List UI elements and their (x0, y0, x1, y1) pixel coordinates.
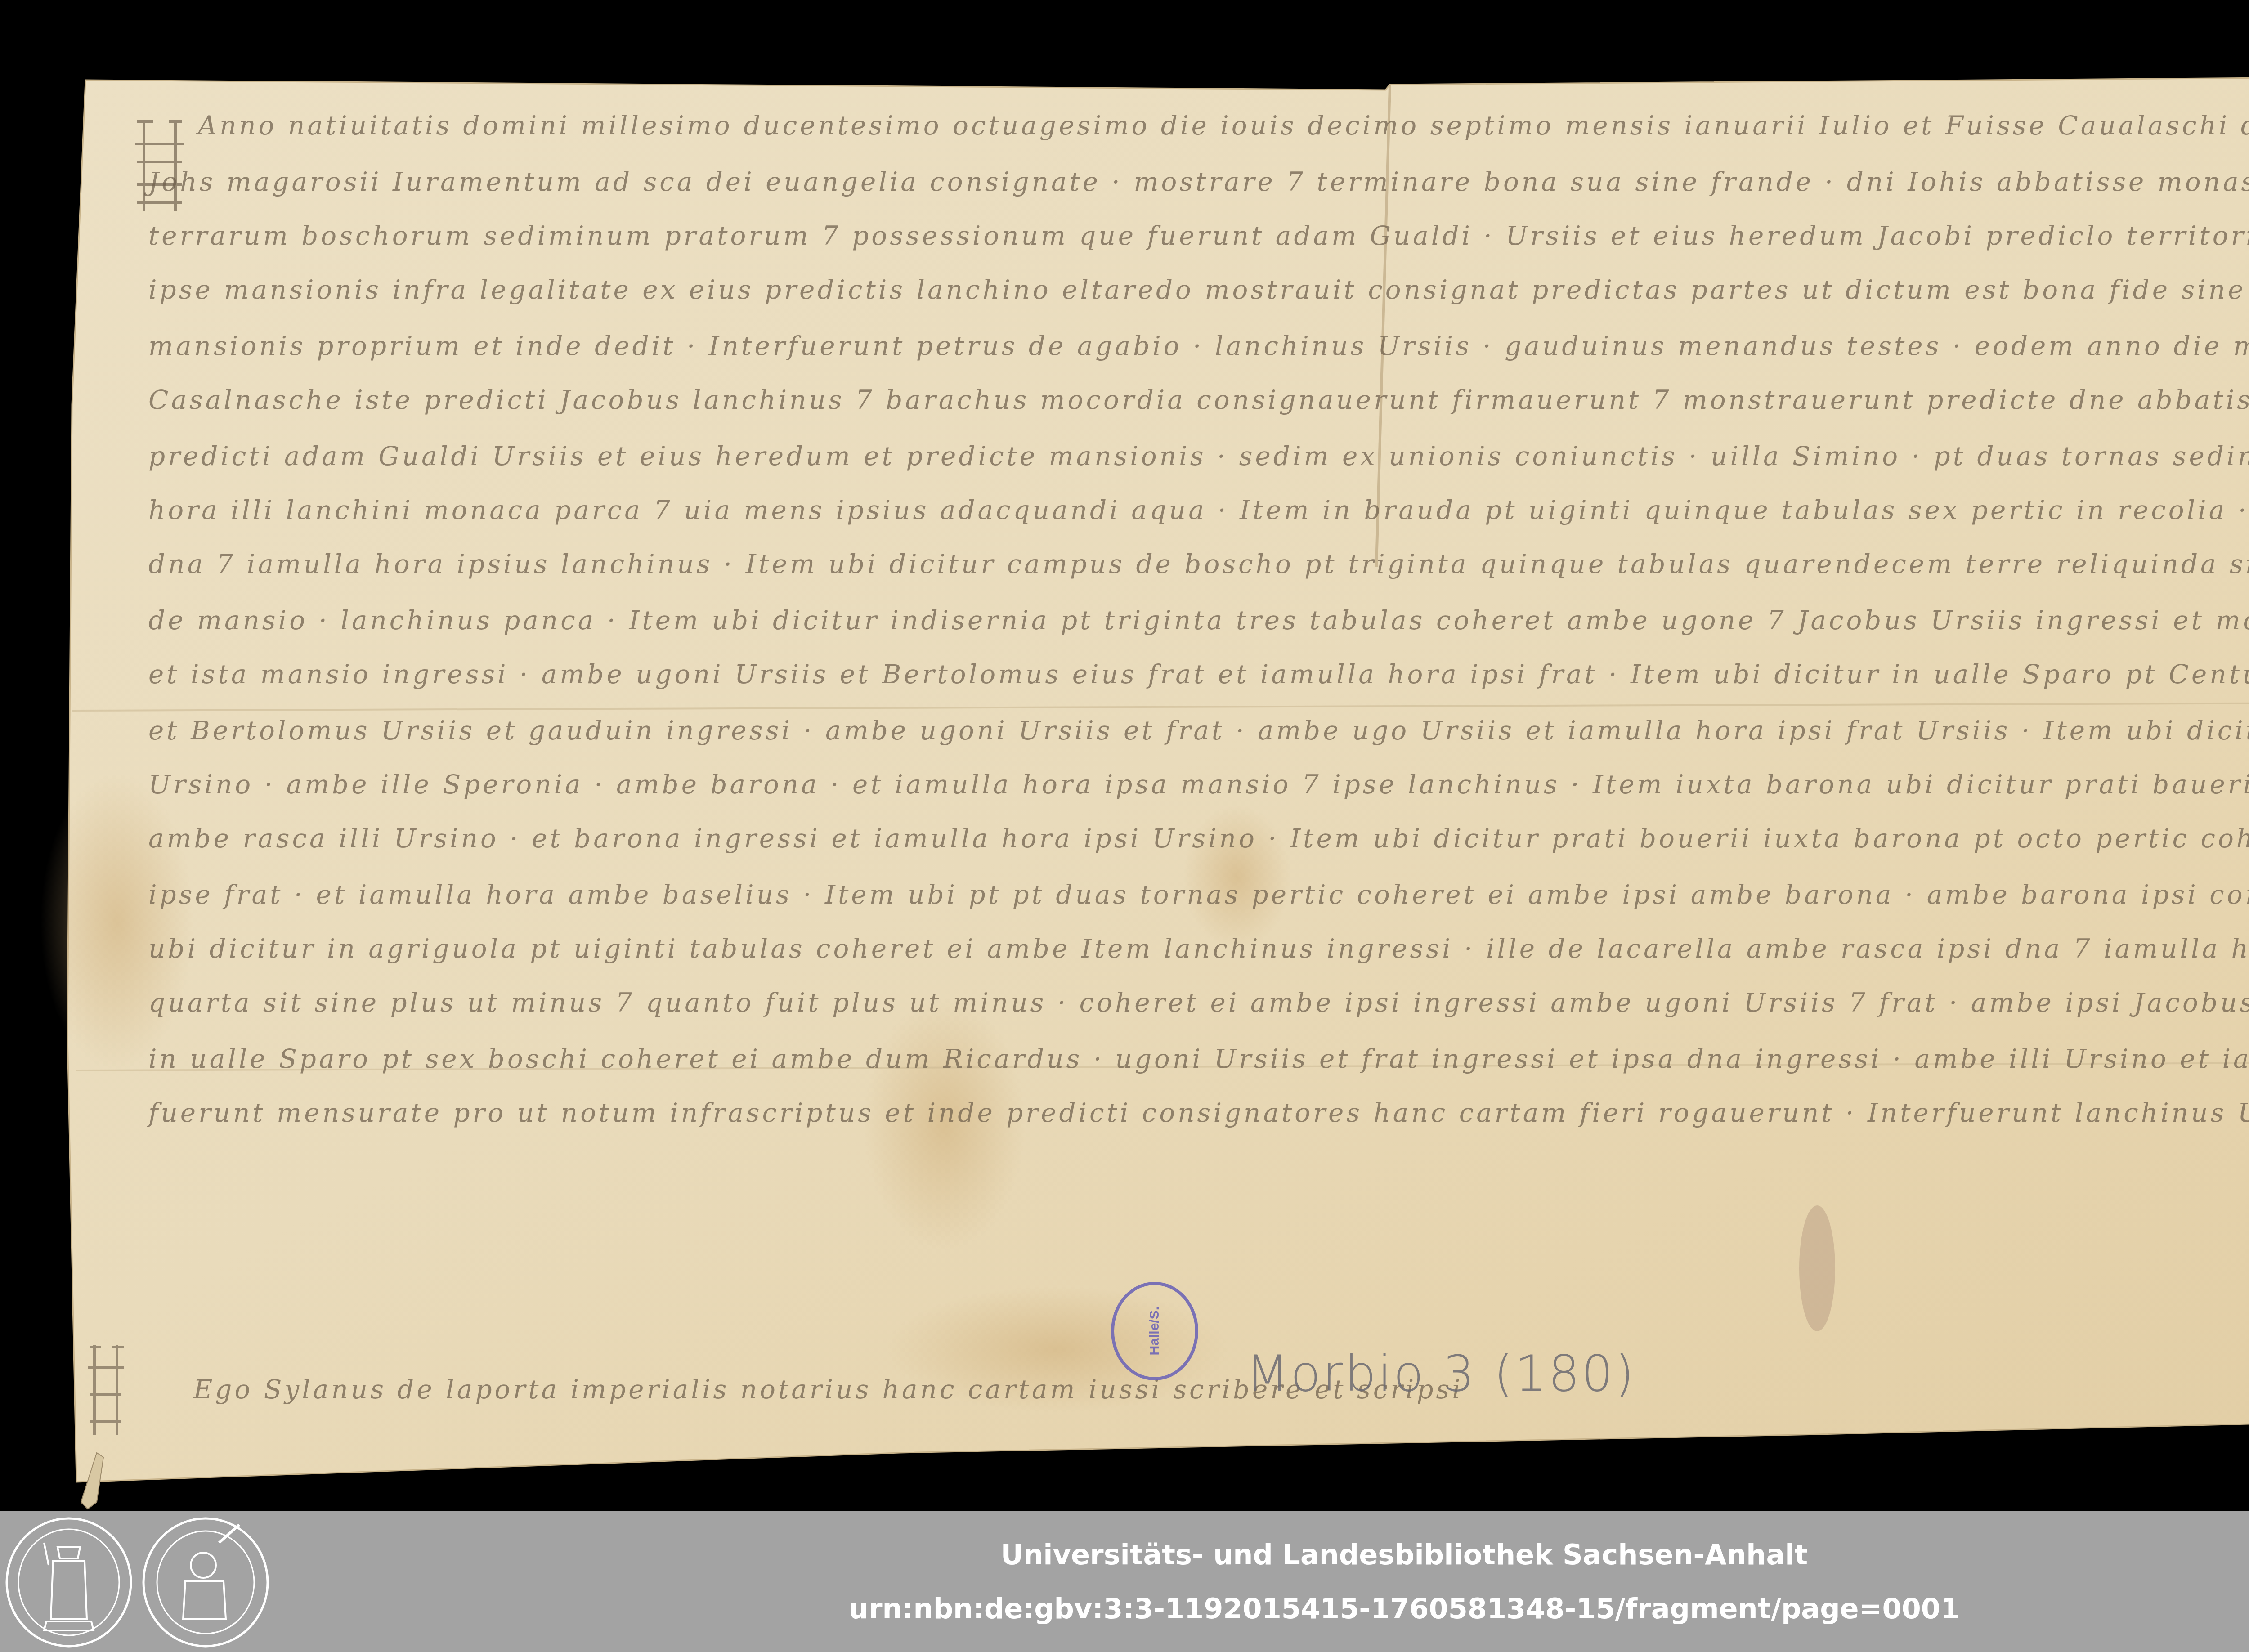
script-line: quarta sit sine plus ut minus 7 quanto f… (148, 989, 2249, 1016)
script-line: dna 7 iamulla hora ipsius lanchinus · It… (148, 551, 2249, 577)
script-line: Johs magarosii Iuramentum ad sca dei eua… (148, 169, 2249, 195)
script-line: in ualle Sparo pt sex boschi coheret ei … (148, 1046, 2249, 1072)
university-seal-halle-icon (4, 1516, 134, 1649)
script-line: ipse mansionis infra legalitate ex eius … (148, 277, 2249, 303)
script-line: fuerunt mensurate pro ut notum infrascri… (148, 1100, 2249, 1126)
document-viewer: Anno natiuitatis domini millesimo ducent… (0, 0, 2249, 1511)
script-line: Ursino · ambe ille Speronia · ambe baron… (148, 771, 2249, 797)
script-line: terrarum boschorum sediminum pratorum 7 … (148, 223, 2249, 249)
script-line: ubi dicitur in agriguola pt uiginti tabu… (148, 936, 2249, 962)
urn-identifier[interactable]: urn:nbn:de:gbv:3:3-1192015415-1760581348… (0, 1592, 2249, 1625)
institution-name: Universitäts- und Landesbibliothek Sachs… (0, 1538, 2249, 1571)
script-line: Anno natiuitatis domini millesimo ducent… (198, 112, 2249, 139)
stamp-center-text: Halle/S. (1147, 1307, 1162, 1355)
footer-banner: Universitäts- und Landesbibliothek Sachs… (0, 1511, 2249, 1652)
script-line: de mansio · lanchinus panca · Item ubi d… (148, 607, 2249, 633)
script-line: Casalnasche iste predicti Jacobus lanchi… (148, 387, 2249, 413)
script-line: hora illi lanchini monaca parca 7 uia me… (148, 497, 2249, 523)
pencil-shelf-note: Morbio 3 (180) (1246, 1345, 1636, 1402)
script-line: ambe rasca illi Ursino · et barona ingre… (148, 825, 2249, 851)
university-seal-wittenberg-icon (140, 1516, 271, 1649)
script-line: ipse frat · et iamulla hora ambe baseliu… (148, 882, 2249, 908)
library-stamp: Halle/S. (1111, 1282, 1198, 1380)
script-line: et Bertolomus Ursiis et gauduin ingressi… (148, 717, 2249, 743)
script-line: predicti adam Gualdi Ursiis et eius here… (148, 443, 2249, 469)
parchment-charter: Anno natiuitatis domini millesimo ducent… (0, 0, 2249, 1511)
script-line: mansionis proprium et inde dedit · Inter… (148, 333, 2249, 359)
script-line: et ista mansio ingressi · ambe ugoni Urs… (148, 661, 2249, 687)
